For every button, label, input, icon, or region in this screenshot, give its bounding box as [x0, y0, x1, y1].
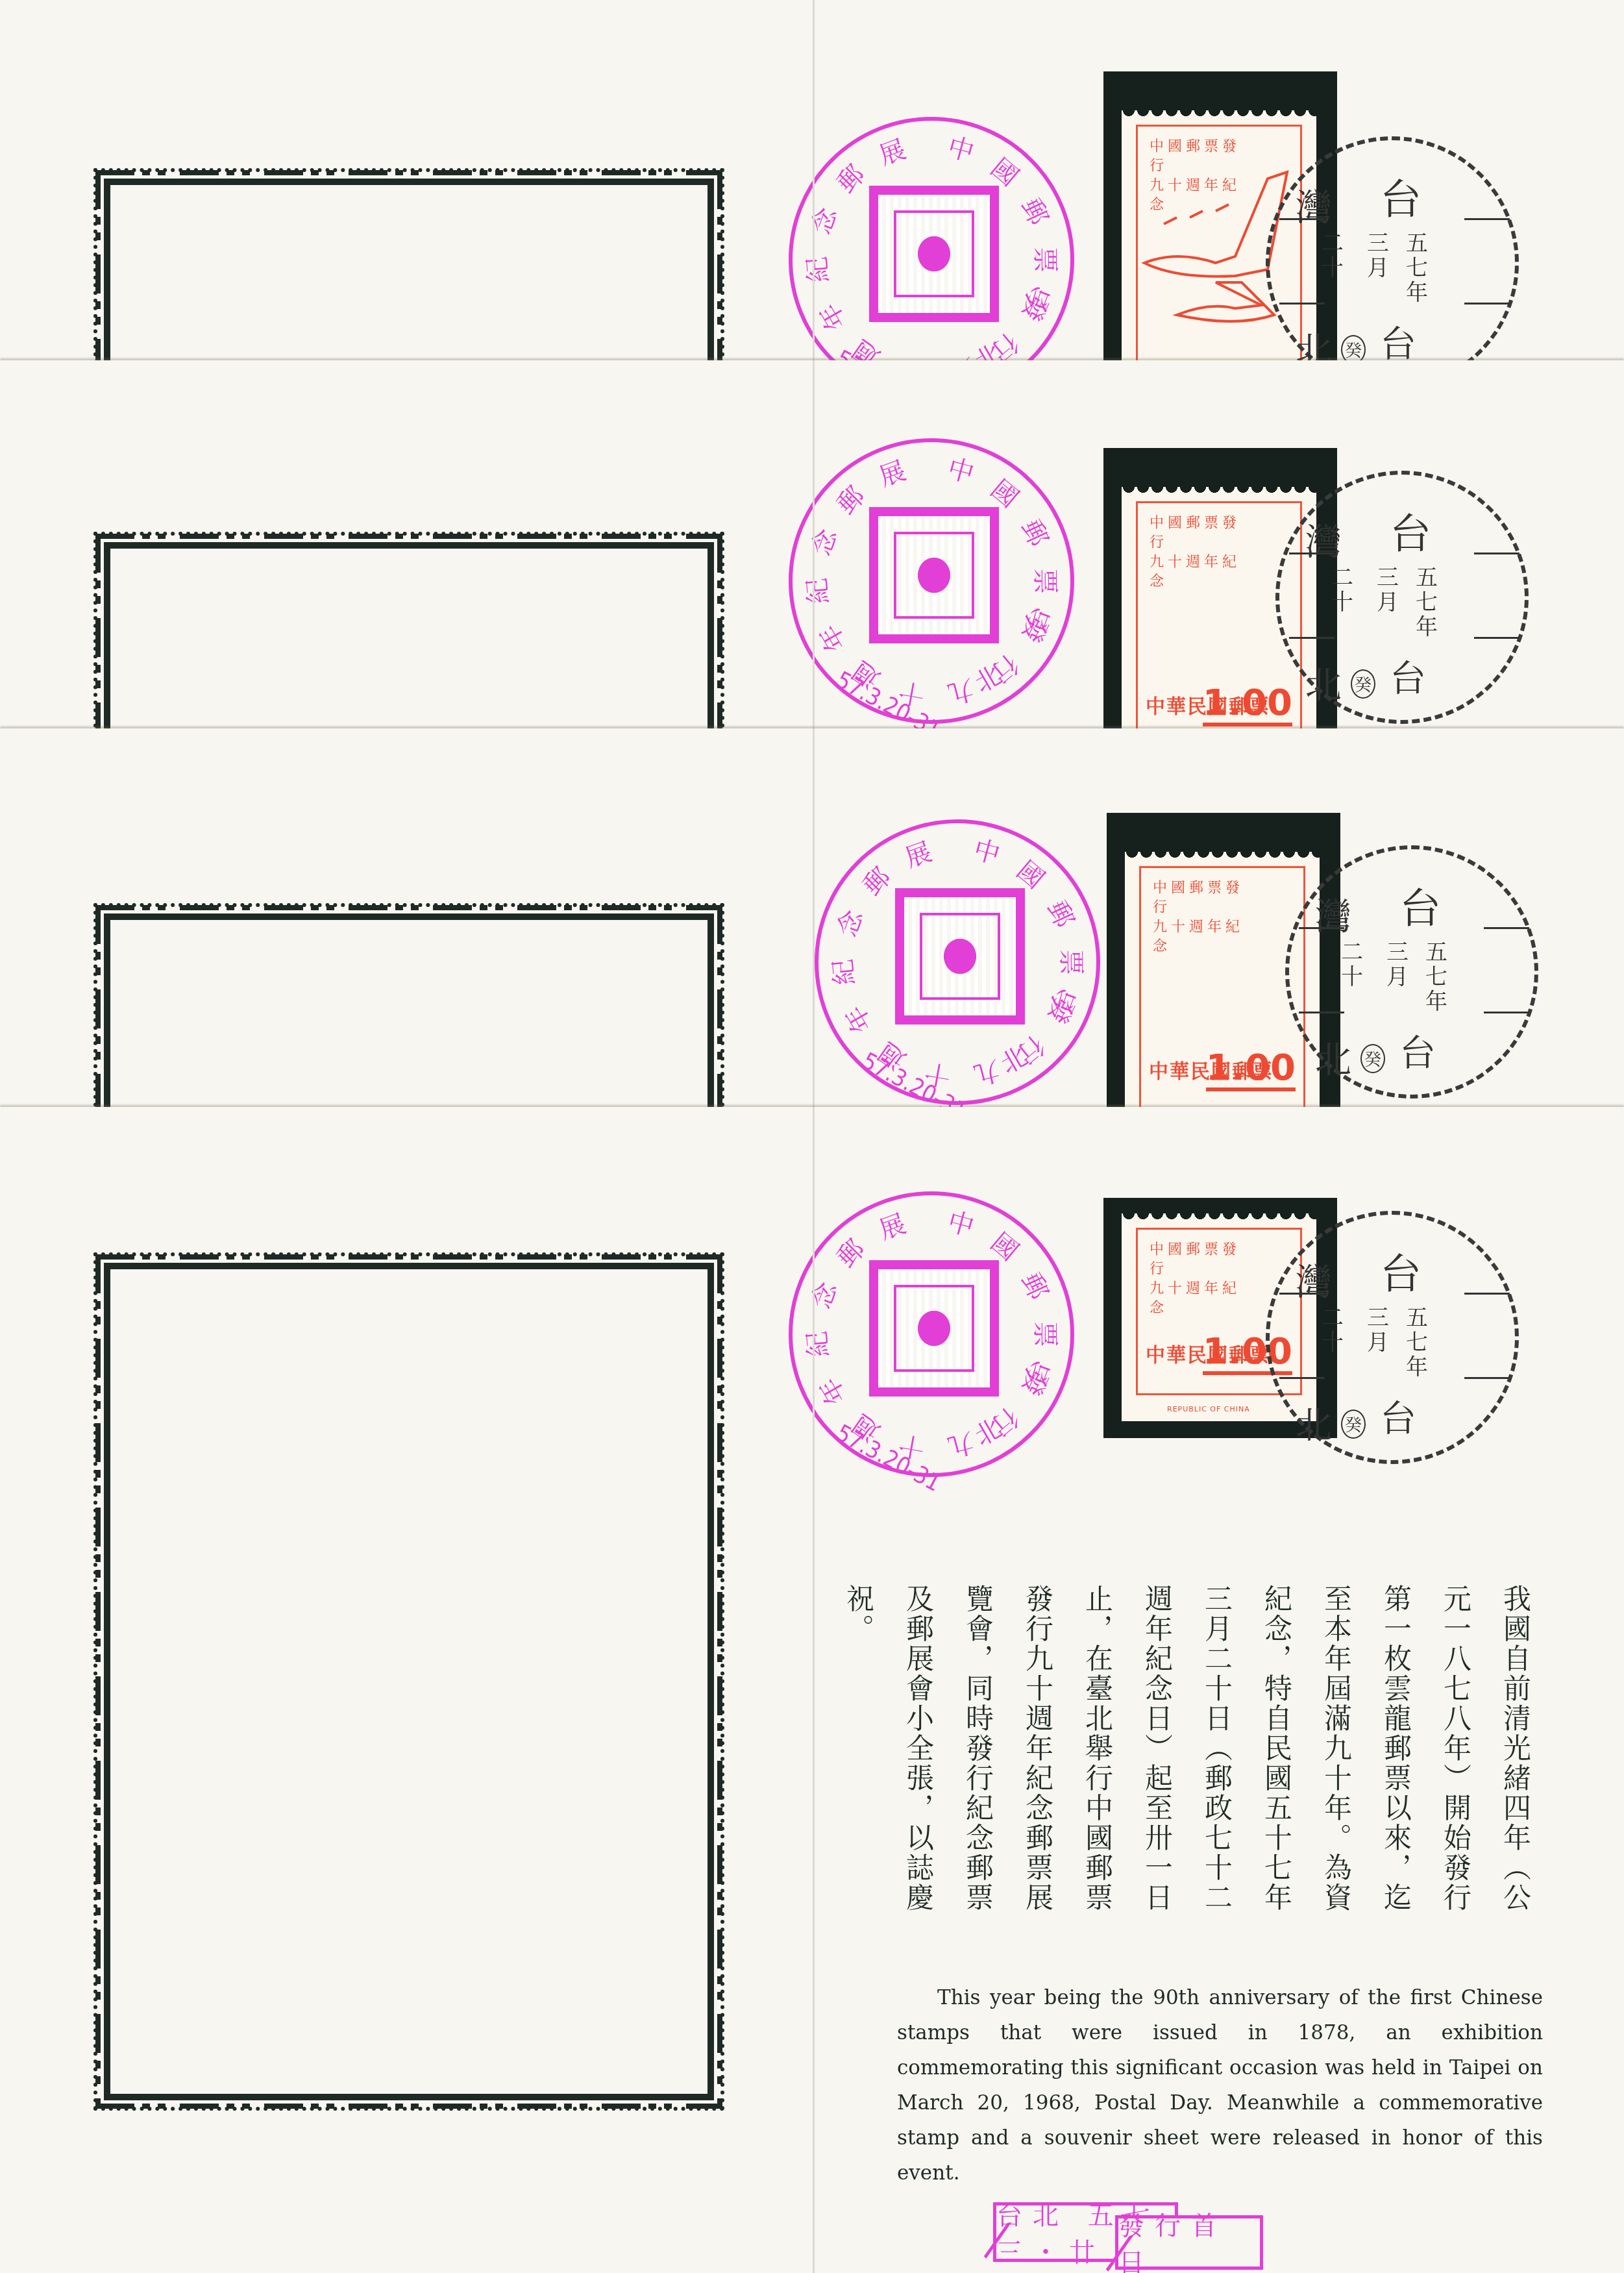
dragon-stamp-icon: [869, 507, 999, 643]
stamp-inscription: 中國郵票發行九十週年紀念: [1150, 514, 1247, 591]
seal-arc-char: 念: [808, 205, 841, 238]
dragon-stamp-icon: [895, 888, 1025, 1025]
seal-arc-char: 票: [1032, 1321, 1058, 1347]
postmark-divider: [1289, 553, 1335, 554]
stamp-inscription: 中國郵票發行九十週年紀念: [1150, 1240, 1247, 1318]
chinese-description: 我國自前清光緒四年（公元一八七八年）開始發行第一枚雲龍郵票以來，迄至本年屆滿九十…: [828, 1584, 1545, 1935]
seal-arc-char: 年: [815, 299, 851, 334]
seal-arc-char: 念: [808, 526, 841, 559]
postmark-divider: [1464, 303, 1510, 304]
stamp-denomination: 1.00: [1206, 1049, 1296, 1091]
stamp-denomination: 1.00: [1203, 684, 1292, 727]
postmark-divider: [1464, 218, 1510, 220]
seal-arc-char: 中: [945, 1208, 977, 1240]
postmark-divider: [1474, 553, 1519, 554]
seal-arc-char: 票: [1032, 568, 1058, 594]
postmark-divider: [1474, 637, 1519, 639]
commemorative-seal: 中國郵票發行九十週年紀念郵展台北 57.3.20-31: [789, 117, 1074, 403]
seal-arc-char: 中: [945, 455, 977, 487]
postmark-divider: [1279, 303, 1325, 304]
seal-arc-char: 中: [945, 134, 977, 166]
postmark-divider: [1279, 1293, 1325, 1295]
seal-arc-char: 紀: [830, 958, 858, 986]
card-1: 中國郵票發行九十週年紀念郵展台北 57.3.20-31 中國郵票發行九十週年紀念…: [0, 0, 1624, 364]
seal-arc-char: 郵: [1043, 897, 1077, 931]
seal-arc-char: 郵: [1017, 1269, 1052, 1303]
seal-arc-char: 年: [815, 1373, 851, 1409]
seal-arc-char: 郵: [1017, 194, 1052, 229]
dragon-stamp-icon: [869, 186, 999, 322]
postmark-divider: [1279, 218, 1325, 220]
seal-arc-char: 中: [971, 836, 1003, 868]
seal-arc-char: 紀: [804, 1330, 832, 1358]
dragon-stamp-icon: [869, 1260, 999, 1397]
seal-arc-char: 票: [1032, 247, 1058, 273]
postmark-divider: [1464, 1377, 1510, 1379]
postmark-divider: [1289, 637, 1335, 639]
postmark: 台 灣 五七年 三月 二十 台 北 癸: [1275, 471, 1529, 724]
seal-arc-char: 九: [945, 1428, 977, 1460]
seal-arc-char: 展: [902, 839, 935, 872]
postmark-divider: [1464, 1293, 1510, 1295]
stamp-country-english: REPUBLIC OF CHINA: [1167, 1405, 1250, 1413]
postmark-divider: [1299, 927, 1344, 929]
postmark-divider: [1484, 927, 1529, 929]
postmark-divider: [1484, 1012, 1529, 1013]
card-2: 中國郵票發行九十週年紀念郵展台北 57.3.20-31 中國郵票發行九十週年紀念…: [0, 360, 1624, 734]
seal-arc-char: 郵: [833, 1236, 870, 1273]
commemorative-seal: 中國郵票發行九十週年紀念郵展台北 57.3.20-31: [789, 438, 1074, 724]
seal-arc-char: 郵: [833, 161, 870, 198]
seal-arc-char: 年: [841, 1001, 877, 1037]
commemorative-seal: 中國郵票發行九十週年紀念郵展台北 57.3.20-31: [815, 819, 1100, 1105]
seal-arc-char: 票: [1058, 949, 1084, 975]
seal-arc-char: 九: [971, 1056, 1003, 1088]
seal-arc-char: 展: [876, 136, 909, 169]
seal-arc-char: 郵: [833, 482, 870, 519]
card-3: 中國郵票發行九十週年紀念郵展台北 57.3.20-31 中國郵票發行九十週年紀念…: [0, 728, 1624, 1112]
seal-arc-char: 年: [815, 620, 851, 656]
seal-arc-char: 九: [945, 675, 977, 707]
commemorative-seal: 中國郵票發行九十週年紀念郵展台北 57.3.20-31: [789, 1191, 1074, 1477]
seal-arc-char: 紀: [804, 256, 832, 284]
stamp-inscription: 中國郵票發行九十週年紀念: [1153, 878, 1250, 956]
first-day-cachet-label: 發行首日: [1115, 2215, 1263, 2270]
seal-arc-char: 郵: [859, 863, 896, 901]
english-description: This year being the 90th anniversary of …: [897, 1980, 1543, 2191]
seal-arc-char: 展: [876, 1211, 909, 1244]
postmark-divider: [1299, 1012, 1344, 1013]
seal-arc-char: 念: [808, 1279, 841, 1312]
postmark: 台 灣 五七年 三月 二十 台 北 癸: [1266, 136, 1519, 390]
seal-arc-char: 紀: [804, 577, 832, 605]
postmark: 台 灣 五七年 三月 二十 台 北 癸: [1266, 1211, 1519, 1464]
seal-arc-char: 念: [834, 907, 867, 940]
seal-arc-char: 郵: [1017, 515, 1052, 550]
postmark: 台 灣 五七年 三月 二十 台 北 癸: [1285, 845, 1538, 1099]
postmark-divider: [1279, 1377, 1325, 1379]
ornamental-frame: [104, 1263, 714, 2100]
seal-arc-char: 展: [876, 458, 909, 491]
